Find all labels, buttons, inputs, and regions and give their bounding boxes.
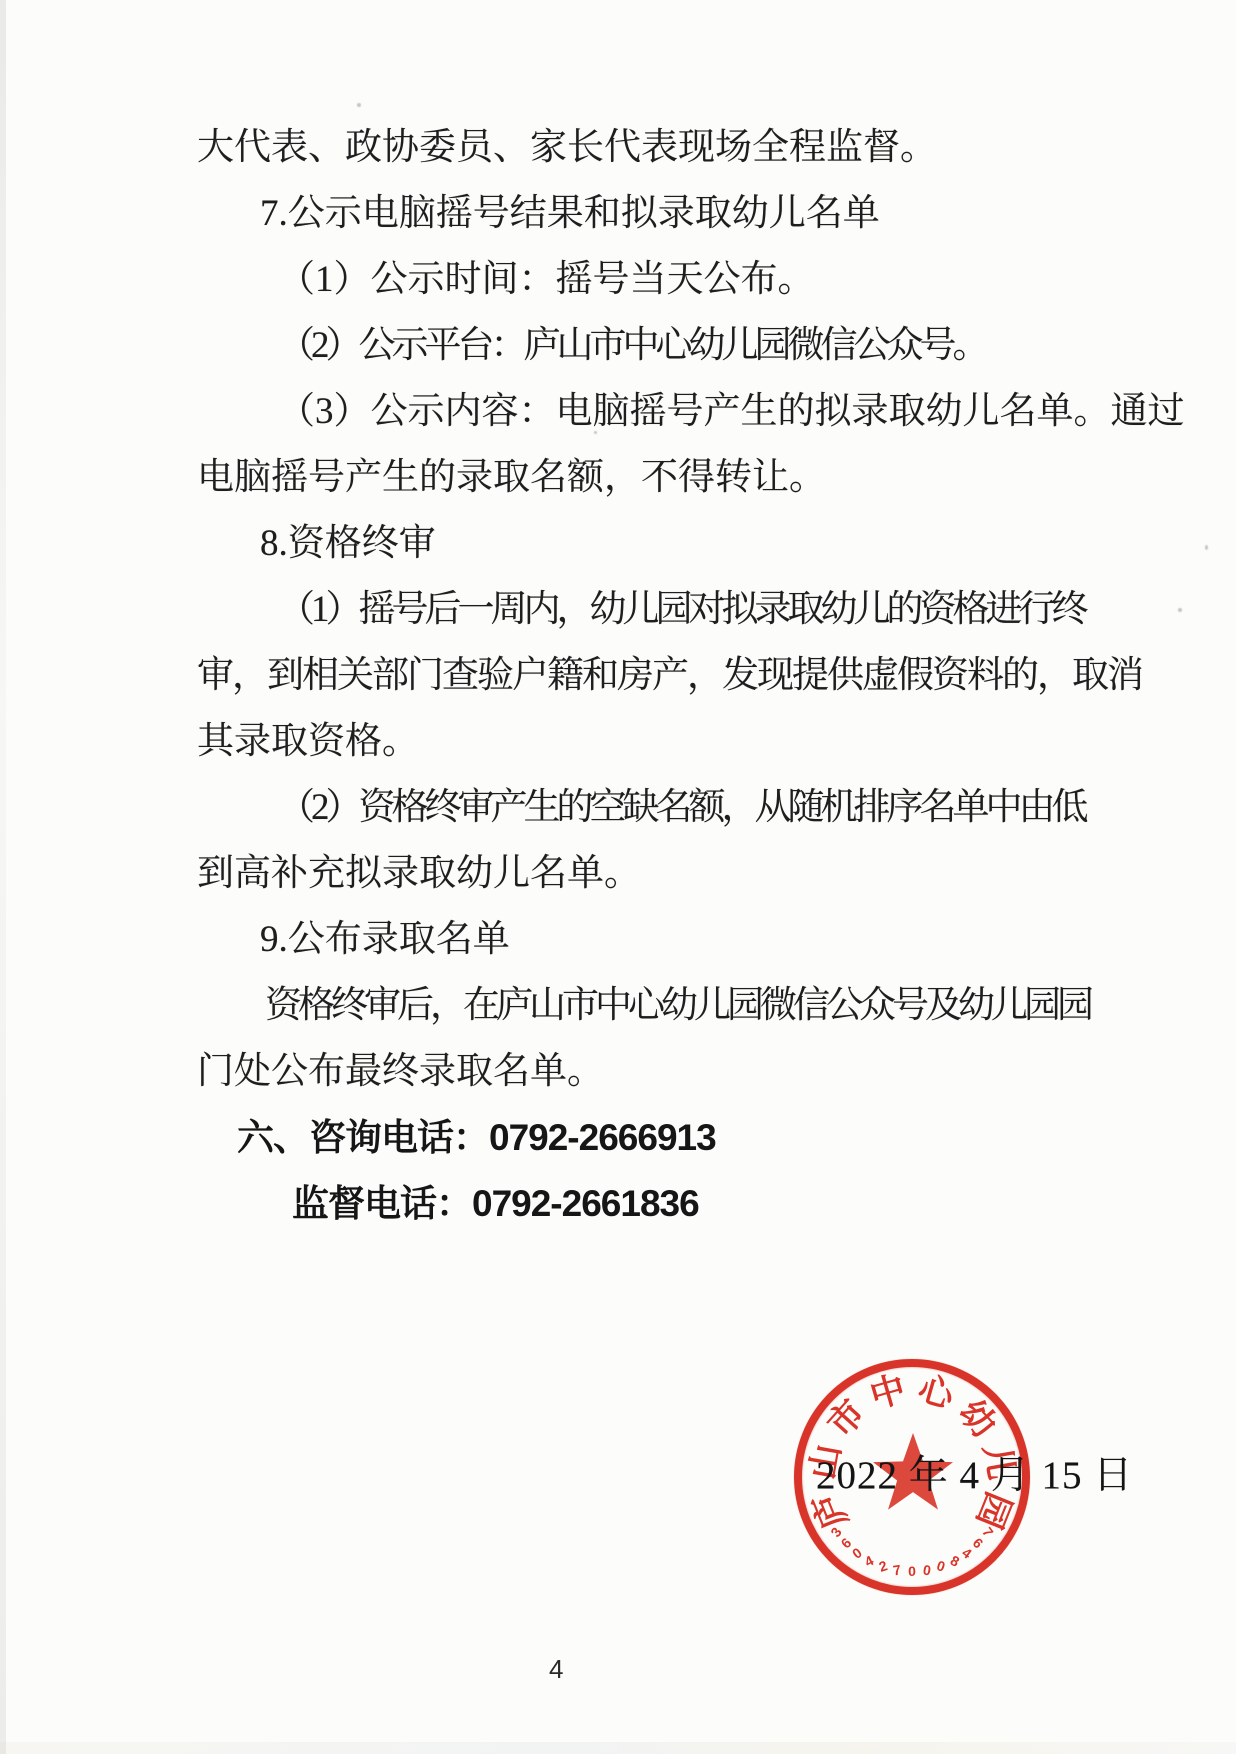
text-line: 9.公布录取名单 bbox=[260, 918, 510, 962]
text-line: 7.公示电脑摇号结果和拟录取幼儿名单 bbox=[260, 192, 880, 236]
seal-serial-digit: 0 bbox=[905, 1563, 919, 1579]
text-line: （3）公示内容：电脑摇号产生的拟录取幼儿名单。通过 bbox=[278, 390, 1185, 434]
text-line: （2）公示平台：庐山市中心幼儿园微信公众号。 bbox=[278, 324, 986, 368]
scan-edge-artifact bbox=[0, 0, 6, 1754]
text-line: 门处公布最终录取名单。 bbox=[197, 1050, 604, 1094]
text-line: 到高补充拟录取幼儿名单。 bbox=[197, 852, 641, 896]
text-line: 资格终审后，在庐山市中心幼儿园微信公众号及幼儿园园 bbox=[265, 984, 1090, 1028]
document-page: 大代表、政协委员、家长代表现场全程监督。7.公示电脑摇号结果和拟录取幼儿名单（1… bbox=[0, 0, 1236, 1754]
text-line: （1）公示时间：摇号当天公布。 bbox=[278, 258, 815, 302]
text-line: 电脑摇号产生的录取名额，不得转让。 bbox=[197, 456, 826, 500]
text-line: 其录取资格。 bbox=[197, 720, 419, 764]
document-date: 2022 年 4 月 15 日 bbox=[816, 1444, 1133, 1500]
text-line: （2）资格终审产生的空缺名额，从随机排序名单中由低 bbox=[278, 786, 1085, 830]
scan-bottom-artifact bbox=[0, 1742, 1236, 1754]
scan-speck bbox=[1205, 545, 1208, 550]
scan-speck bbox=[1178, 608, 1182, 612]
text-line: 8.资格终审 bbox=[260, 522, 436, 566]
page-number: 4 bbox=[549, 1654, 563, 1685]
text-line: 审，到相关部门查验户籍和房产，发现提供虚假资料的，取消 bbox=[197, 654, 1142, 698]
text-line: （1）摇号后一周内，幼儿园对拟录取幼儿的资格进行终 bbox=[278, 588, 1085, 632]
seal-serial-digit: 7 bbox=[889, 1561, 905, 1579]
text-line: 大代表、政协委员、家长代表现场全程监督。 bbox=[197, 126, 937, 170]
text-line: 六、咨询电话：0792-2666913 bbox=[237, 1116, 716, 1160]
text-line: 监督电话：0792-2661836 bbox=[292, 1182, 699, 1226]
scan-speck bbox=[357, 103, 361, 107]
